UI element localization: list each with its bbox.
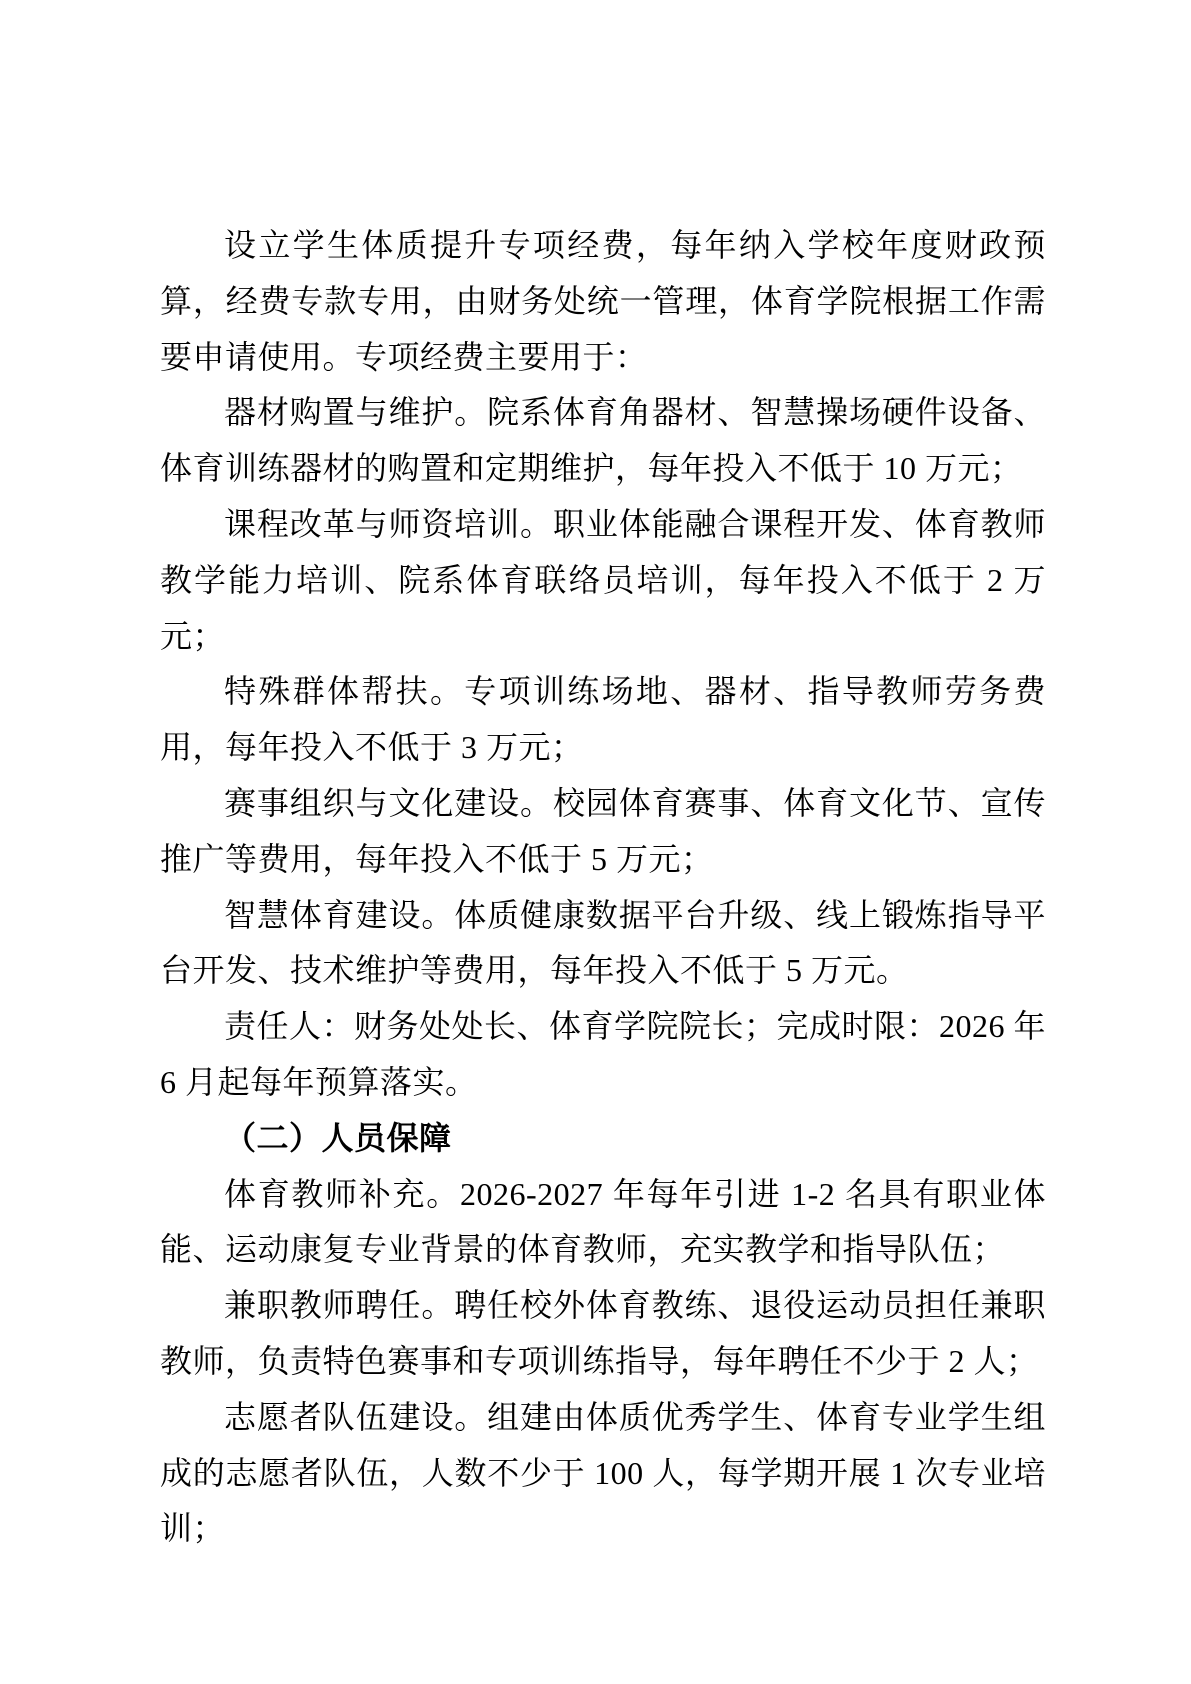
- document-page: 设立学生体质提升专项经费，每年纳入学校年度财政预算，经费专款专用，由财务处统一管…: [0, 0, 1191, 1684]
- paragraph-curriculum-reform: 课程改革与师资培训。职业体能融合课程开发、体育教师教学能力培训、院系体育联络员培…: [160, 497, 1046, 664]
- paragraph-pe-teacher-recruitment: 体育教师补充。2026-2027 年每年引进 1-2 名具有职业体能、运动康复专…: [160, 1167, 1046, 1279]
- paragraph-smart-sports: 智慧体育建设。体质健康数据平台升级、线上锻炼指导平台开发、技术维护等费用，每年投…: [160, 888, 1046, 1000]
- document-body: 设立学生体质提升专项经费，每年纳入学校年度财政预算，经费专款专用，由财务处统一管…: [160, 218, 1046, 1557]
- paragraph-responsible-person: 责任人：财务处处长、体育学院院长；完成时限：2026 年 6 月起每年预算落实。: [160, 999, 1046, 1111]
- heading-personnel-support: （二）人员保障: [160, 1111, 1046, 1167]
- paragraph-parttime-teacher-hiring: 兼职教师聘任。聘任校外体育教练、退役运动员担任兼职教师，负责特色赛事和专项训练指…: [160, 1278, 1046, 1390]
- paragraph-events-culture: 赛事组织与文化建设。校园体育赛事、体育文化节、宣传推广等费用，每年投入不低于 5…: [160, 776, 1046, 888]
- paragraph-special-fund-intro: 设立学生体质提升专项经费，每年纳入学校年度财政预算，经费专款专用，由财务处统一管…: [160, 218, 1046, 385]
- paragraph-volunteer-team: 志愿者队伍建设。组建由体质优秀学生、体育专业学生组成的志愿者队伍，人数不少于 1…: [160, 1390, 1046, 1557]
- paragraph-equipment-purchase: 器材购置与维护。院系体育角器材、智慧操场硬件设备、体育训练器材的购置和定期维护，…: [160, 385, 1046, 497]
- paragraph-special-group-support: 特殊群体帮扶。专项训练场地、器材、指导教师劳务费用，每年投入不低于 3 万元；: [160, 664, 1046, 776]
